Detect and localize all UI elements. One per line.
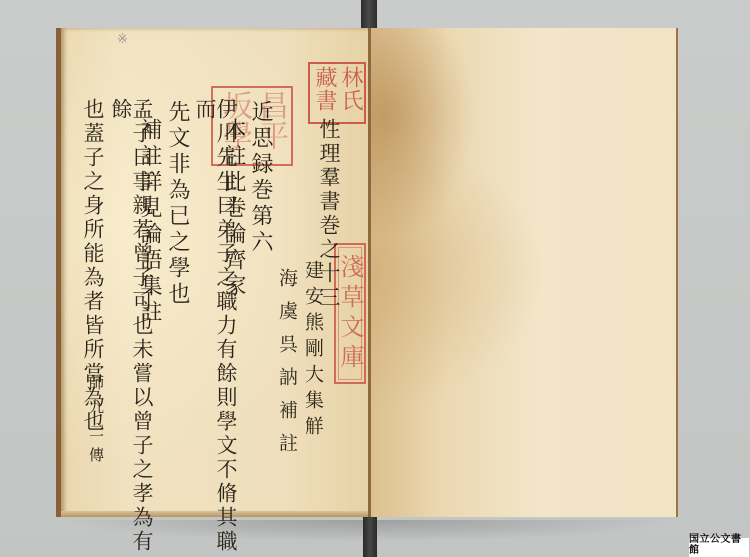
column-chapter-title: 近思録巻第六	[249, 100, 271, 256]
column-author-2: 海虞呉訥補註	[277, 268, 296, 466]
book-spread: ※ 林氏藏書 昌平坂學 淺草文庫 性理羣書巻之十三 建安熊剛大集觧 海虞呉訥補註…	[0, 0, 750, 557]
spine-binding-bottom	[363, 515, 377, 557]
seal-text: 林氏藏書	[311, 66, 363, 120]
column-body-1: 伊川先生曰弟子之職力有餘則學文不脩其職而	[194, 98, 236, 557]
logo-jp: 国立公文書館	[689, 534, 749, 556]
column-body-3: 孟子曰事親若曾子可也未嘗以曾子之孝為有餘	[110, 98, 152, 557]
column-body-4-small: 師九二傳	[88, 375, 103, 471]
spine-binding-top	[361, 0, 377, 30]
page-fold	[368, 28, 371, 517]
seal-hayashi-collection: 林氏藏書	[308, 62, 366, 124]
margin-mark: ※	[117, 32, 128, 47]
column-body-2: 先文非為已之學也	[166, 100, 188, 308]
national-archives-logo: 国立公文書館 National Archives of Japan	[689, 538, 749, 557]
right-page-blank	[370, 28, 678, 517]
column-author-1: 建安熊剛大集觧	[303, 260, 322, 442]
